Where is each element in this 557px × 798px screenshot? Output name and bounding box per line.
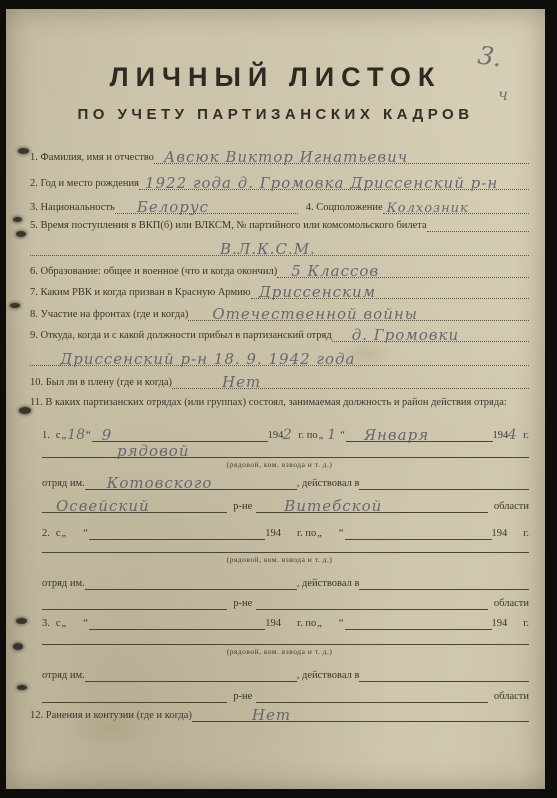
year-suffix: г. bbox=[523, 430, 529, 442]
handwritten-to-day: 1 bbox=[324, 427, 339, 443]
field-label: 1. Фамилия, имя и отчество bbox=[30, 152, 154, 164]
acted-label: , действовал в bbox=[297, 578, 360, 590]
service-entry-dates: 3. с „ “ 194 г. по „ “ 194 г. bbox=[42, 613, 529, 630]
oblast-label: области bbox=[488, 501, 529, 513]
field-label: 2. Год и место рождения bbox=[30, 178, 139, 190]
field-line bbox=[85, 665, 297, 682]
field-line bbox=[256, 593, 488, 610]
field-line: 9 bbox=[92, 425, 268, 442]
field-row-fronts: 8. Участие на фронтах (где и когда) Отеч… bbox=[30, 304, 529, 321]
handwritten-value: д. Громовки bbox=[352, 326, 459, 344]
quote-mark: „ bbox=[318, 430, 325, 442]
handwritten-value: 5 Классов bbox=[291, 262, 379, 280]
handwritten-value: Авсюк Виктор Игнатьевич bbox=[164, 148, 408, 166]
service-entry-dates: 1. с „ 18 “ 9 194 2 г. по „ 1 “ Января 1… bbox=[42, 425, 529, 442]
year-printed: 194 bbox=[268, 430, 284, 442]
handwritten-from-day: 18 bbox=[67, 427, 85, 443]
field-row-arrival: 9. Откуда, когда и с какой должности при… bbox=[30, 325, 529, 342]
quote-mark: “ bbox=[85, 430, 92, 442]
quote-mark: “ bbox=[339, 430, 346, 442]
page-title: ЛИЧНЫЙ ЛИСТОК bbox=[6, 62, 545, 93]
field-line: Отечественной войны bbox=[188, 304, 529, 321]
oblast-label: области bbox=[488, 691, 529, 703]
field-line: В.Л.К.С.М. bbox=[30, 236, 529, 256]
field-line: рядовой bbox=[42, 444, 529, 458]
punch-hole bbox=[16, 231, 26, 237]
field-line bbox=[42, 593, 227, 610]
field-line bbox=[256, 686, 488, 703]
service-entry-otryad: отряд им. , действовал в bbox=[42, 665, 529, 682]
service-entry-dates: 2. с „ “ 194 г. по „ “ 194 г. bbox=[42, 523, 529, 540]
year-suffix: г. bbox=[523, 618, 529, 630]
field-label: 5. Время поступления в ВКП(б) или ВЛКСМ,… bbox=[30, 220, 427, 232]
quote-mark: “ bbox=[82, 618, 89, 630]
punch-hole bbox=[16, 618, 27, 624]
otryad-label: отряд им. bbox=[42, 478, 85, 490]
field-line: Освейский bbox=[42, 496, 227, 513]
punch-hole bbox=[17, 685, 27, 690]
acted-label: , действовал в bbox=[297, 670, 360, 682]
punch-hole bbox=[13, 643, 23, 650]
oblast-label: области bbox=[488, 598, 529, 610]
handwritten-to-year-digit: 4 bbox=[507, 427, 517, 443]
field-label: 7. Каким РВК и когда призван в Красную А… bbox=[30, 287, 251, 299]
service-entry-position: рядовой bbox=[42, 444, 529, 458]
service-entry-otryad: отряд им. , действовал в bbox=[42, 573, 529, 590]
field-label: 8. Участие на фронтах (где и когда) bbox=[30, 309, 188, 321]
punch-hole bbox=[13, 217, 22, 222]
field-row-party-membership-line2: В.Л.К.С.М. bbox=[30, 236, 529, 256]
field-line bbox=[427, 215, 529, 232]
field-line bbox=[359, 473, 529, 490]
handwritten-from-year-digit: 2 bbox=[282, 427, 292, 443]
quote-mark: “ bbox=[338, 618, 345, 630]
field-line bbox=[42, 539, 529, 553]
field-label-detachments: 11. В каких партизанских отрядах (или гр… bbox=[30, 395, 531, 410]
quote-mark: „ bbox=[316, 618, 323, 630]
service-entry-district: р-не области bbox=[42, 593, 529, 610]
district-label: р-не bbox=[227, 691, 256, 703]
handwritten-value: Дриссенским bbox=[259, 283, 376, 301]
service-entry-otryad: отряд им. Котовского , действовал в bbox=[42, 473, 529, 490]
service-entry-position bbox=[42, 631, 529, 645]
handwritten-value: Дриссенский р-н 18. 9. 1942 года bbox=[60, 350, 356, 368]
handwritten-from-month: 9 bbox=[102, 426, 113, 444]
handwritten-oblast: Витебской bbox=[284, 497, 382, 515]
punch-hole bbox=[10, 303, 20, 308]
district-label: р-не bbox=[227, 598, 256, 610]
handwritten-value: Нет bbox=[222, 373, 261, 391]
quote-mark: „ bbox=[61, 618, 68, 630]
field-line: Авсюк Виктор Игнатьевич bbox=[154, 147, 529, 164]
handwritten-to-month: Января bbox=[364, 426, 429, 444]
handwritten-value: Отечественной войны bbox=[212, 305, 418, 323]
field-line bbox=[359, 573, 529, 590]
field-line: д. Громовки bbox=[332, 325, 529, 342]
field-row-education: 6. Образование: общее и военное (что и к… bbox=[30, 261, 529, 278]
district-label: р-не bbox=[227, 501, 256, 513]
field-line: Дриссенским bbox=[251, 282, 529, 299]
otryad-label: отряд им. bbox=[42, 670, 85, 682]
field-label: 6. Образование: общее и военное (что и к… bbox=[30, 266, 277, 278]
field-line bbox=[85, 573, 297, 590]
field-label: 4. Соцположение bbox=[298, 202, 383, 214]
field-line: Января bbox=[346, 425, 493, 442]
year-printed: 194 bbox=[493, 430, 509, 442]
field-row-birth: 2. Год и место рождения 1922 года д. Гро… bbox=[30, 173, 529, 190]
handwritten-value: В.Л.К.С.М. bbox=[220, 240, 316, 258]
scanned-document-paper: 3. ч ЛИЧНЫЙ ЛИСТОК ПО УЧЕТУ ПАРТИЗАНСКИХ… bbox=[6, 9, 545, 789]
field-line: Витебской bbox=[256, 496, 488, 513]
field-line: Дриссенский р-н 18. 9. 1942 года bbox=[30, 347, 529, 366]
to-label: г. по bbox=[298, 430, 317, 442]
field-line: Колхозник bbox=[383, 197, 529, 214]
field-row-arrival-line2: Дриссенский р-н 18. 9. 1942 года bbox=[30, 347, 529, 366]
field-row-party-membership: 5. Время поступления в ВКП(б) или ВЛКСМ,… bbox=[30, 215, 529, 232]
field-line: 5 Классов bbox=[277, 261, 529, 278]
handwritten-value: Белорус bbox=[137, 198, 209, 216]
quote-mark: „ bbox=[61, 430, 68, 442]
handwritten-value: Колхозник bbox=[387, 201, 469, 216]
field-row-rvk: 7. Каким РВК и когда призван в Красную А… bbox=[30, 282, 529, 299]
field-line bbox=[345, 523, 492, 540]
handwritten-district: Освейский bbox=[56, 497, 150, 515]
field-row-wounds: 12. Ранения и контузии (где и когда) Нет bbox=[30, 705, 529, 722]
service-entry-position bbox=[42, 539, 529, 553]
field-line bbox=[89, 613, 265, 630]
field-label: 10. Был ли в плену (где и когда) bbox=[30, 377, 172, 389]
entry-number: 1. bbox=[42, 430, 50, 442]
field-line bbox=[42, 631, 529, 645]
otryad-label: отряд им. bbox=[42, 578, 85, 590]
year-printed: 194 bbox=[492, 618, 508, 630]
field-line: Нет bbox=[192, 705, 529, 722]
handwritten-value: 1922 года д. Громовка Дриссенский р-н bbox=[145, 174, 498, 192]
field-line: Белорус bbox=[115, 197, 298, 214]
field-label: 12. Ранения и контузии (где и когда) bbox=[30, 710, 192, 722]
field-label: 9. Откуда, когда и с какой должности при… bbox=[30, 330, 332, 342]
field-row-nationality-social: 3. Национальность Белорус 4. Соцположени… bbox=[30, 197, 529, 214]
to-label: г. по bbox=[297, 618, 316, 630]
service-entry-district: р-не области bbox=[42, 686, 529, 703]
service-entry-district: Освейский р-не Витебской области bbox=[42, 496, 529, 513]
field-line: Нет bbox=[172, 372, 529, 389]
handwritten-value: Нет bbox=[252, 706, 291, 724]
acted-label: , действовал в bbox=[297, 478, 360, 490]
entry-number: 3. bbox=[42, 618, 50, 630]
field-line: Котовского bbox=[85, 473, 297, 490]
field-line bbox=[345, 613, 492, 630]
field-line bbox=[42, 686, 227, 703]
field-row-captivity: 10. Был ли в плену (где и когда) Нет bbox=[30, 372, 529, 389]
year-printed: 194 bbox=[265, 618, 281, 630]
handwritten-position: рядовой bbox=[117, 442, 190, 460]
field-line bbox=[89, 523, 265, 540]
position-caption: (рядовой, ком. взвода и т. д.) bbox=[30, 555, 529, 564]
handwritten-otryad-name: Котовского bbox=[107, 474, 213, 492]
field-row-surname: 1. Фамилия, имя и отчество Авсюк Виктор … bbox=[30, 147, 529, 164]
field-line bbox=[359, 665, 529, 682]
page-subtitle: ПО УЧЕТУ ПАРТИЗАНСКИХ КАДРОВ bbox=[6, 106, 545, 123]
field-label: 3. Национальность bbox=[30, 202, 115, 214]
position-caption: (рядовой, ком. взвода и т. д.) bbox=[30, 460, 529, 469]
field-line: 1922 года д. Громовка Дриссенский р-н bbox=[139, 173, 529, 190]
position-caption: (рядовой, ком. взвода и т. д.) bbox=[30, 647, 529, 656]
punch-hole bbox=[18, 148, 29, 154]
